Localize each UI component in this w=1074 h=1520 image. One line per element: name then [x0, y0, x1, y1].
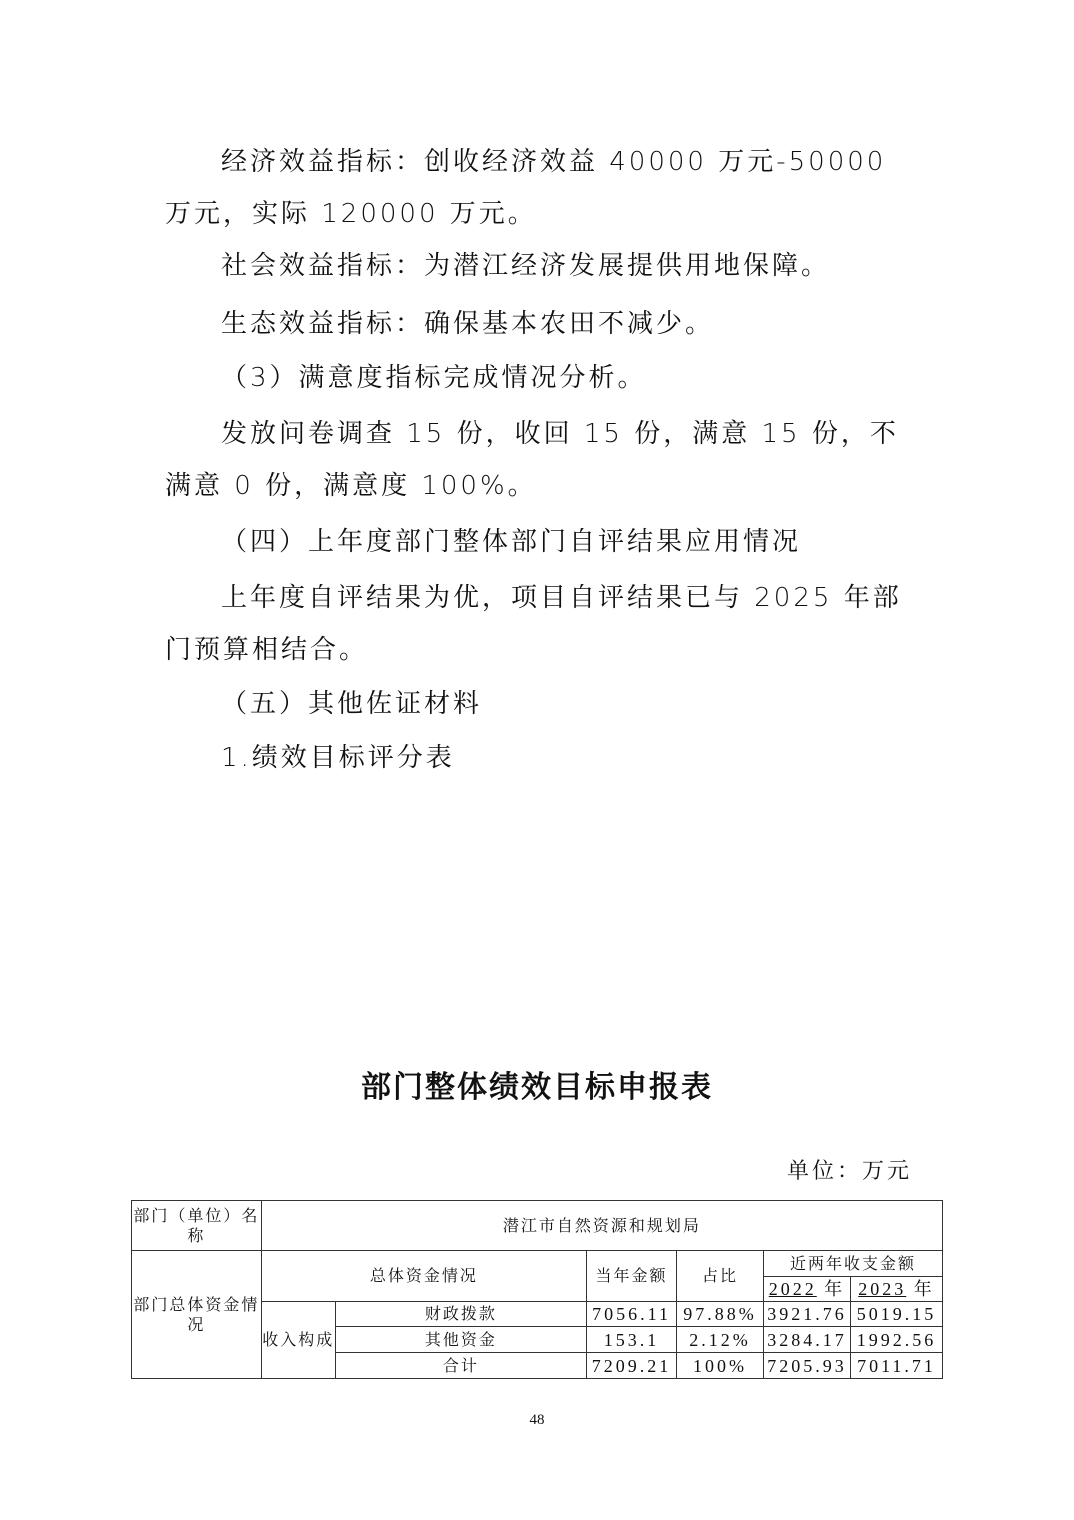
row-amount: 7209.21 — [587, 1353, 677, 1379]
year-2023-suffix: 年 — [906, 1279, 935, 1299]
row-ratio: 100% — [677, 1353, 764, 1379]
table-title: 部门整体绩效目标申报表 — [0, 1062, 1074, 1106]
ratio-header: 占比 — [677, 1251, 764, 1302]
row-name: 财政拨款 — [335, 1302, 586, 1327]
row-amount: 7056.11 — [587, 1302, 677, 1327]
funds-label: 部门总体资金情况 — [132, 1251, 262, 1379]
row-name: 合计 — [335, 1353, 586, 1379]
year-2023-header: 2023 年 — [850, 1277, 942, 1302]
year-2022-suffix: 年 — [817, 1279, 846, 1299]
income-composition-label: 收入构成 — [261, 1302, 335, 1379]
row-2022: 3921.76 — [764, 1302, 851, 1327]
dept-name-value: 潜江市自然资源和规划局 — [261, 1201, 942, 1251]
page-number: 48 — [0, 1412, 1074, 1429]
current-amount-header: 当年金额 — [587, 1251, 677, 1302]
paragraph-evaluation-result: 上年度自评结果为优，项目自评结果已与 2025 年部门预算相结合。 — [165, 572, 925, 676]
row-2023: 5019.15 — [850, 1302, 942, 1327]
heading-score-table: 1.绩效目标评分表 — [165, 732, 925, 784]
year-2022-number: 2022 — [769, 1279, 817, 1299]
heading-satisfaction-analysis: （3）满意度指标完成情况分析。 — [165, 352, 925, 404]
dept-name-label-text: 部门（单位）名称 — [133, 1206, 259, 1245]
row-ratio: 2.12% — [677, 1327, 764, 1353]
paragraph-survey-result: 发放问卷调查 15 份，收回 15 份，满意 15 份，不满意 0 份，满意度 … — [165, 408, 925, 512]
row-name: 其他资金 — [335, 1327, 586, 1353]
unit-label: 单位：万元 — [787, 1154, 912, 1185]
year-2022-header: 2022 年 — [764, 1277, 851, 1302]
row-2023: 7011.71 — [850, 1353, 942, 1379]
heading-previous-year-evaluation: （四）上年度部门整体部门自评结果应用情况 — [165, 516, 925, 568]
row-amount: 153.1 — [587, 1327, 677, 1353]
paragraph-economic-benefit: 经济效益指标：创收经济效益 40000 万元-50000 万元，实际 12000… — [165, 136, 925, 240]
row-2023: 1992.56 — [850, 1327, 942, 1353]
two-year-header: 近两年收支金额 — [764, 1251, 943, 1277]
dept-name-label: 部门（单位）名称 — [132, 1201, 262, 1251]
paragraph-social-benefit: 社会效益指标：为潜江经济发展提供用地保障。 — [165, 240, 925, 292]
row-2022: 3284.17 — [764, 1327, 851, 1353]
performance-target-table: 部门（单位）名称 潜江市自然资源和规划局 部门总体资金情况 总体资金情况 当年金… — [131, 1200, 943, 1379]
row-2022: 7205.93 — [764, 1353, 851, 1379]
overall-funds-header: 总体资金情况 — [261, 1251, 586, 1302]
heading-other-materials: （五）其他佐证材料 — [165, 678, 925, 730]
row-ratio: 97.88% — [677, 1302, 764, 1327]
year-2023-number: 2023 — [858, 1279, 906, 1299]
paragraph-ecological-benefit: 生态效益指标：确保基本农田不减少。 — [165, 298, 925, 350]
